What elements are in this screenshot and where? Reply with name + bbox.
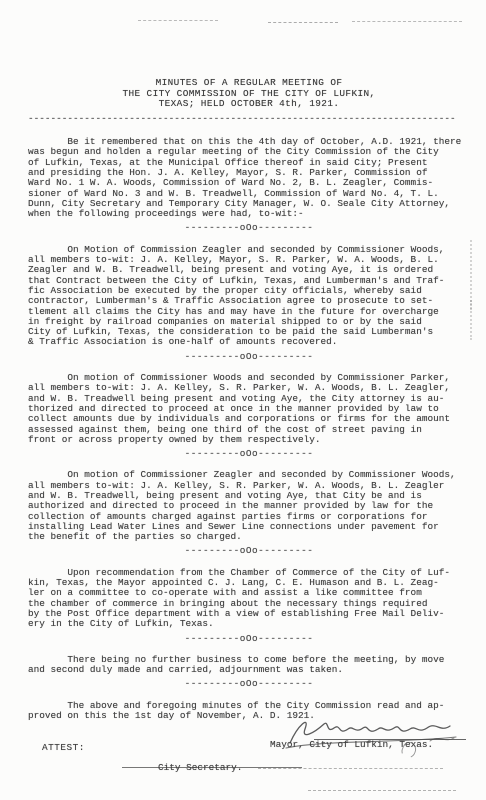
minutes-paragraph-opening: Be it remembered that on this the 4th da… xyxy=(28,137,470,219)
minutes-document: MINUTES OF A REGULAR MEETING OF THE CITY… xyxy=(28,78,470,799)
scan-artifact xyxy=(352,21,462,22)
scanned-minutes-page: MINUTES OF A REGULAR MEETING OF THE CITY… xyxy=(0,0,486,800)
section-separator: ---------oOo--------- xyxy=(28,449,470,459)
section-separator: ---------oOo--------- xyxy=(28,223,470,233)
scan-artifact xyxy=(268,22,338,23)
document-title: MINUTES OF A REGULAR MEETING OF THE CITY… xyxy=(28,78,470,110)
minutes-paragraph-adjournment: There being no further business to come … xyxy=(28,655,470,676)
minutes-paragraph-motion-3: On motion of Commissioner Zeagler and se… xyxy=(28,470,470,542)
minutes-paragraph-committee: Upon recommendation from the Chamber of … xyxy=(28,568,470,630)
scan-artifact xyxy=(138,20,218,21)
title-line-1: MINUTES OF A REGULAR MEETING OF xyxy=(28,78,470,89)
section-separator: ---------oOo--------- xyxy=(28,679,470,689)
title-line-3: TEXAS; HELD OCTOBER 4th, 1921. xyxy=(28,99,470,110)
secretary-caption: City Secretary. xyxy=(158,763,242,773)
section-separator: ---------oOo--------- xyxy=(28,634,470,644)
attest-label: ATTEST: xyxy=(42,743,85,753)
scan-artifact xyxy=(308,790,456,791)
horizontal-dashed-rule: ----------------------------------------… xyxy=(28,114,470,124)
minutes-paragraph-motion-1: On Motion of Commission Zeagler and seco… xyxy=(28,245,470,348)
scan-artifact xyxy=(258,768,443,769)
section-separator: ---------oOo--------- xyxy=(28,352,470,362)
closing-block: Mayor, City of Lufkin, Texas. ATTEST: Ci… xyxy=(28,723,470,799)
section-separator: ---------oOo--------- xyxy=(28,546,470,556)
minutes-paragraph-motion-2: On motion of Commissioner Woods and seco… xyxy=(28,373,470,445)
scan-artifact xyxy=(470,300,474,340)
